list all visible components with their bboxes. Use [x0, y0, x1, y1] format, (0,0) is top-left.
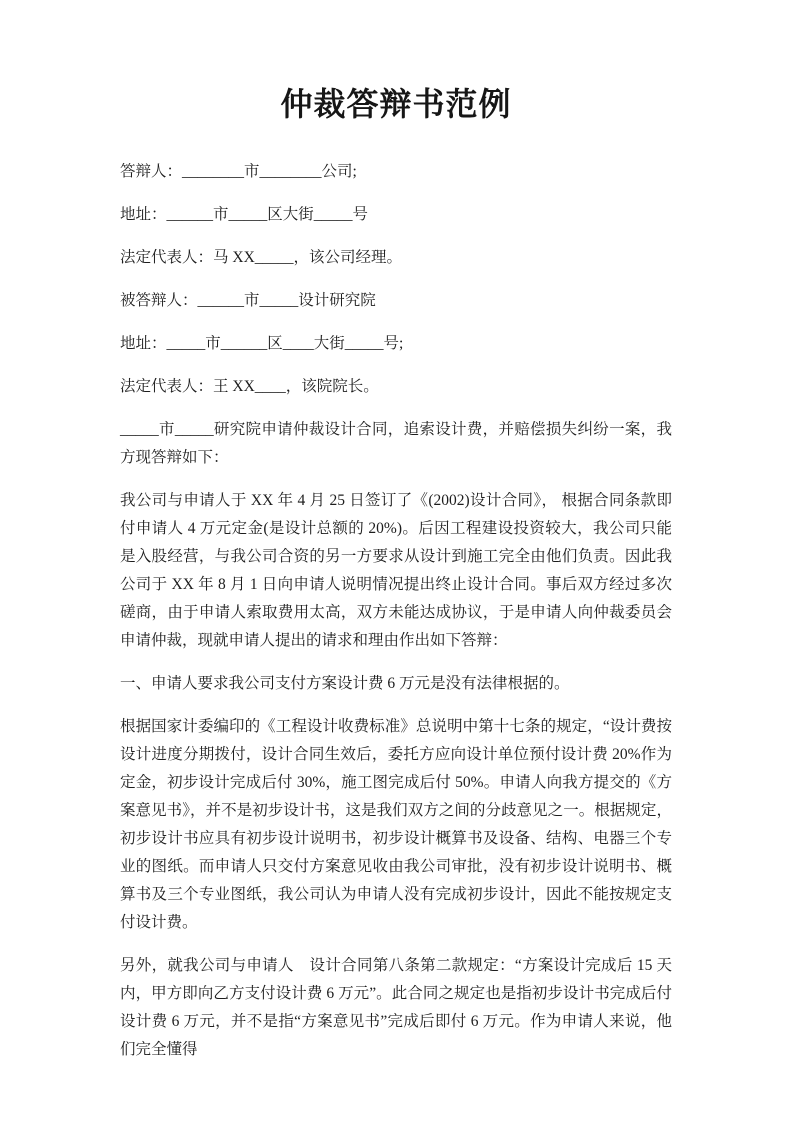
claimant-address-line: 地址：_____市______区____大街_____号;: [120, 330, 672, 358]
document-page: 仲裁答辩书范例 答辩人：________市________公司; 地址：____…: [0, 0, 793, 1122]
point-one-heading: 一、申请人要求我公司支付方案设计费 6 万元是没有法律根据的。: [120, 670, 672, 698]
claimant-legal-representative-line: 法定代表人：王 XX____，该院院长。: [120, 373, 672, 401]
argument-paragraph: 根据国家计委编印的《工程设计收费标准》总说明中第十七条的规定，“设计费按设计进度…: [120, 713, 672, 937]
document-title: 仲裁答辩书范例: [120, 84, 672, 124]
background-paragraph: 我公司与申请人于 XX 年 4 月 25 日签订了《(2002)设计合同》， 根…: [120, 487, 672, 655]
additional-argument-paragraph: 另外，就我公司与申请人 设计合同第八条第二款规定：“方案设计完成后 15 天内，…: [120, 952, 672, 1064]
respondent-line: 答辩人：________市________公司;: [120, 158, 672, 186]
respondent-legal-representative-line: 法定代表人：马 XX_____，该公司经理。: [120, 244, 672, 272]
claimant-line: 被答辩人：______市_____设计研究院: [120, 287, 672, 315]
case-intro-paragraph: _____市_____研究院申请仲裁设计合同，追索设计费，并赔偿损失纠纷一案，我…: [120, 416, 672, 472]
document-content: 仲裁答辩书范例 答辩人：________市________公司; 地址：____…: [0, 0, 793, 1064]
respondent-address-line: 地址：______市_____区大街_____号: [120, 201, 672, 229]
